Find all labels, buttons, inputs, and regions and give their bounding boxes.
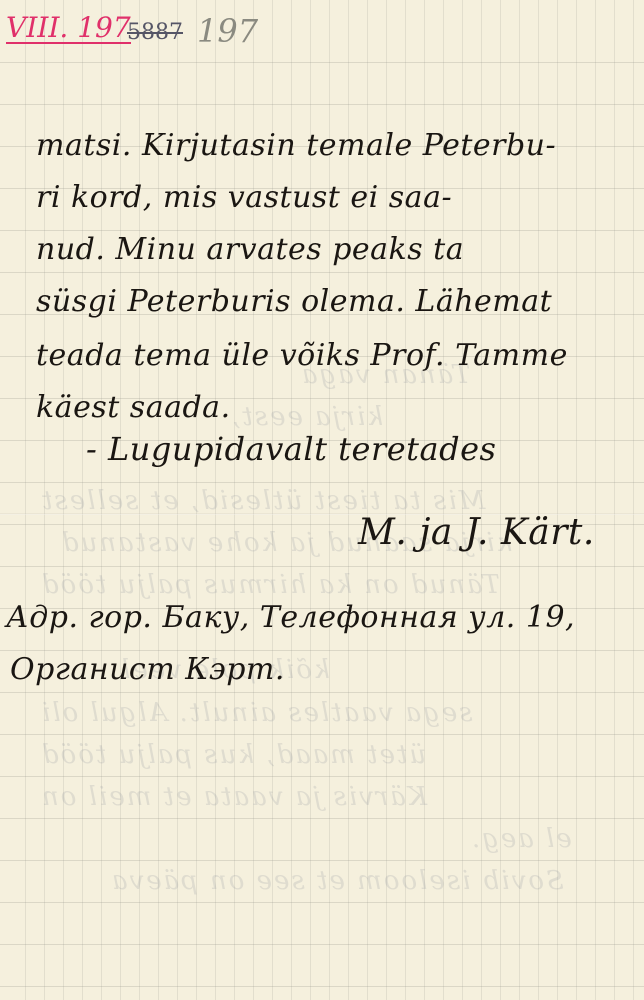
letter-body-line: käest saada. (36, 390, 231, 425)
show-through-text: ütet maad, kus palju tööd (40, 740, 426, 770)
archive-reference-red: VIII. 197 (6, 14, 131, 44)
archive-stamp-number: 5887 (127, 20, 183, 45)
letter-page: Tänan väga kirja eest, Mis ta tiest ütle… (0, 0, 644, 1000)
archive-pencil-number: 197 (197, 12, 258, 50)
letter-closing: - Lugupidavalt teretades (86, 430, 496, 468)
show-through-text: Tänud on ka hirmus palju tööd (40, 570, 500, 600)
letter-signature: M. ja J. Kärt. (358, 512, 595, 553)
letter-body-line: ri kord, mis vastust ei saa- (36, 180, 452, 215)
address-line: Адр. гор. Баку, Телефонная ул. 19, (6, 600, 575, 635)
letter-body-line: nud. Minu arvates peaks ta (36, 232, 464, 267)
show-through-text: Kärvis ja vaata et meil on (40, 782, 427, 812)
show-through-text: el aeg. (470, 824, 572, 854)
letter-body-line: matsi. Kirjutasin temale Peterbu- (36, 128, 556, 163)
letter-body-line: süsgi Peterburis olema. Lähemat (36, 284, 552, 319)
show-through-text: Sovib iseloom et see on päeva (110, 866, 564, 896)
letter-body-line: teada tema üle võiks Prof. Tamme (36, 338, 568, 373)
show-through-text: kirja eest, (230, 402, 383, 432)
address-line: Органист Кэрт. (10, 652, 285, 687)
show-through-text: sega vaatles ainult. Algul oli (40, 698, 473, 728)
